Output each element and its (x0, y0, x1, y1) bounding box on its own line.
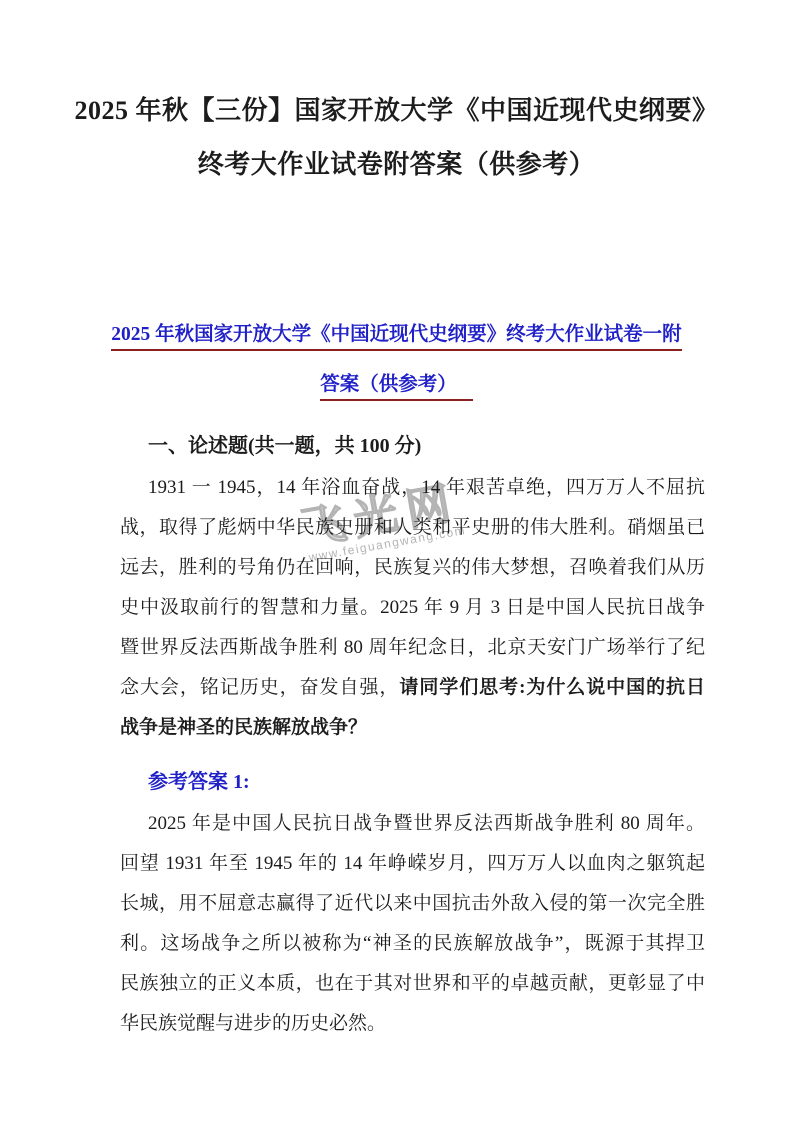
answer-line: 利。这场战争之所以被称为“神圣的民族解放战争”，既源于其捍卫 (120, 924, 705, 964)
document-title: 2025 年秋【三份】国家开放大学《中国近现代史纲要》 终考大作业试卷附答案（供… (60, 84, 733, 192)
answer-line: 民族独立的正义本质，也在于其对世界和平的卓越贡献，更彰显了中 (120, 964, 705, 1004)
document-content: 2025 年秋【三份】国家开放大学《中国近现代史纲要》 终考大作业试卷附答案（供… (0, 84, 793, 1044)
answer-line: 华民族觉醒与进步的历史必然。 (120, 1004, 705, 1044)
question-line: 战，取得了彪炳中华民族史册和人类和平史册的伟大胜利。硝烟虽已 (120, 508, 705, 548)
answer-label: 参考答案 1: (120, 762, 705, 802)
exam-link-heading-line-1[interactable]: 2025 年秋国家开放大学《中国近现代史纲要》终考大作业试卷一附 (44, 310, 749, 360)
question-line-normal-run: 念大会，铭记历史，奋发自强， (120, 677, 399, 698)
document-page: 飞光网 www.feiguangwang.com 2025 年秋【三份】国家开放… (0, 0, 793, 1122)
question-line-bold-run: 战争是神圣的民族解放战争？ (120, 717, 367, 738)
answer-paragraph: 2025 年是中国人民抗日战争暨世界反法西斯战争胜利 80 周年。 回望 193… (120, 804, 705, 1044)
exam-link-heading-line-2[interactable]: 答案（供参考） (44, 360, 749, 410)
exam-link-heading[interactable]: 2025 年秋国家开放大学《中国近现代史纲要》终考大作业试卷一附 答案（供参考） (44, 310, 749, 410)
question-line: 远去，胜利的号角仍在回响，民族复兴的伟大梦想，召唤着我们从历 (120, 548, 705, 588)
question-line-bold-run: 请同学们思考:为什么说中国的抗日 (399, 677, 705, 698)
answer-line: 回望 1931 年至 1945 年的 14 年峥嵘岁月，四万万人以血肉之躯筑起 (120, 844, 705, 884)
question-line: 1931 一 1945，14 年浴血奋战，14 年艰苦卓绝，四万万人不屈抗 (120, 468, 705, 508)
question-line: 暨世界反法西斯战争胜利 80 周年纪念日，北京天安门广场举行了纪 (120, 628, 705, 668)
document-title-line-2: 终考大作业试卷附答案（供参考） (60, 138, 733, 192)
question-line: 战争是神圣的民族解放战争？ (120, 708, 705, 748)
question-paragraph: 1931 一 1945，14 年浴血奋战，14 年艰苦卓绝，四万万人不屈抗 战，… (120, 468, 705, 748)
answer-line: 长城，用不屈意志赢得了近代以来中国抗击外敌入侵的第一次完全胜 (120, 884, 705, 924)
answer-line: 2025 年是中国人民抗日战争暨世界反法西斯战争胜利 80 周年。 (120, 804, 705, 844)
document-title-line-1: 2025 年秋【三份】国家开放大学《中国近现代史纲要》 (60, 84, 733, 138)
section-heading: 一、论述题(共一题，共 100 分) (120, 426, 705, 466)
question-line: 念大会，铭记历史，奋发自强，请同学们思考:为什么说中国的抗日 (120, 668, 705, 708)
body-column: 一、论述题(共一题，共 100 分) 1931 一 1945，14 年浴血奋战，… (120, 426, 705, 1044)
question-line: 史中汲取前行的智慧和力量。2025 年 9 月 3 日是中国人民抗日战争 (120, 588, 705, 628)
